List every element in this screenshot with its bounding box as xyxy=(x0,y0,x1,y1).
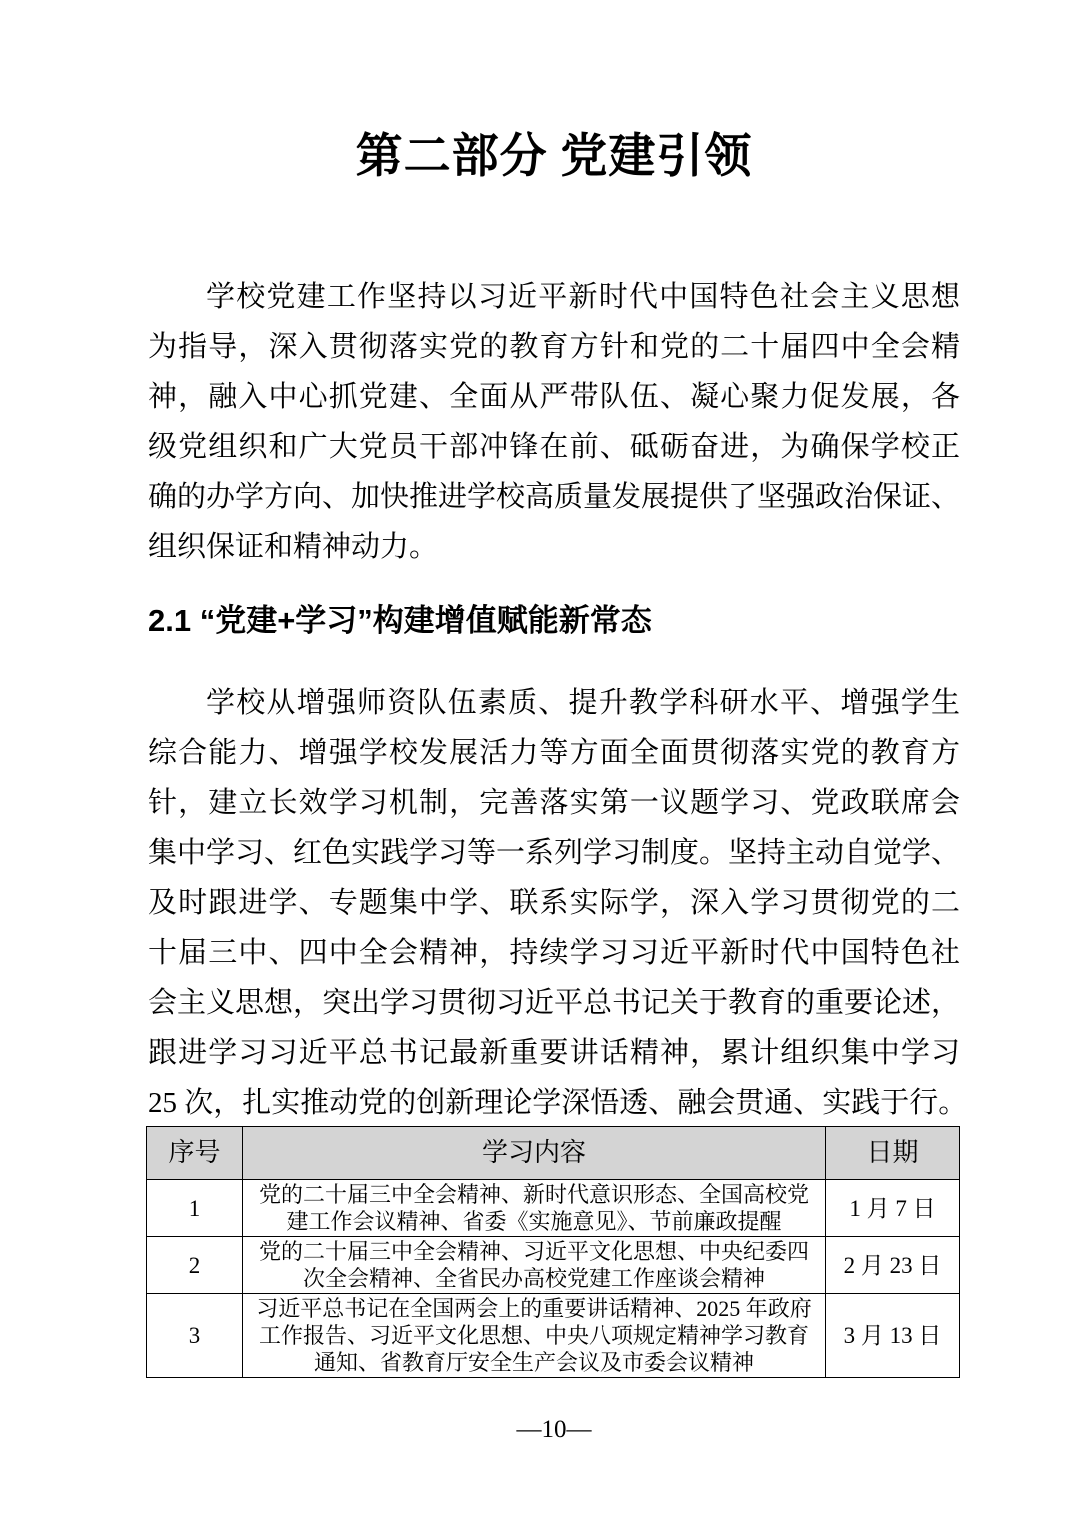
section-heading: 2.1 “党建+学习”构建增值赋能新常态 xyxy=(148,601,960,641)
text-line: 跟进学习习近平总书记最新重要讲话精神，累计组织集中学习 xyxy=(148,1028,960,1078)
intro-paragraph: 学校党建工作坚持以习近平新时代中国特色社会主义思想为指导，深入贯彻落实党的教育方… xyxy=(148,272,960,572)
table-row: 2党的二十届三中全会精神、习近平文化思想、中央纪委四次全会精神、全省民办高校党建… xyxy=(147,1237,960,1294)
row-date-cell: 1 月 7 日 xyxy=(826,1180,960,1237)
row-number-cell: 1 xyxy=(147,1180,243,1237)
text-line: 及时跟进学、专题集中学、联系实际学，深入学习贯彻党的二 xyxy=(148,878,960,928)
table-header-content: 学习内容 xyxy=(243,1127,826,1180)
row-date-cell: 3 月 13 日 xyxy=(826,1294,960,1378)
text-line: 25 次，扎实推动党的创新理论学深悟透、融会贯通、实践于行。 xyxy=(148,1078,960,1128)
page-title: 第二部分 党建引领 xyxy=(148,126,960,188)
text-line: 会主义思想，突出学习贯彻习近平总书记关于教育的重要论述， xyxy=(148,978,960,1028)
table-row: 1党的二十届三中全会精神、新时代意识形态、全国高校党建工作会议精神、省委《实施意… xyxy=(147,1180,960,1237)
text-line: 组织保证和精神动力。 xyxy=(148,522,960,572)
text-line: 为指导，深入贯彻落实党的教育方针和党的二十届四中全会精 xyxy=(148,322,960,372)
text-line: 级党组织和广大党员干部冲锋在前、砥砺奋进，为确保学校正 xyxy=(148,422,960,472)
table-header-row: 序号 学习内容 日期 xyxy=(147,1127,960,1180)
study-sessions-table: 序号 学习内容 日期 1党的二十届三中全会精神、新时代意识形态、全国高校党建工作… xyxy=(146,1126,960,1378)
table-header-no: 序号 xyxy=(147,1127,243,1180)
row-content-cell: 党的二十届三中全会精神、新时代意识形态、全国高校党建工作会议精神、省委《实施意见… xyxy=(243,1180,826,1237)
row-number-cell: 3 xyxy=(147,1294,243,1378)
row-date-cell: 2 月 23 日 xyxy=(826,1237,960,1294)
text-line: 针，建立长效学习机制，完善落实第一议题学习、党政联席会 xyxy=(148,778,960,828)
text-line: 神，融入中心抓党建、全面从严带队伍、凝心聚力促发展，各 xyxy=(148,372,960,422)
table-header-date: 日期 xyxy=(826,1127,960,1180)
page-number: —10— xyxy=(148,1413,960,1447)
text-line: 学校党建工作坚持以习近平新时代中国特色社会主义思想 xyxy=(148,272,960,322)
document-page: 第二部分 党建引领 学校党建工作坚持以习近平新时代中国特色社会主义思想为指导，深… xyxy=(0,0,1080,1527)
row-content-cell: 党的二十届三中全会精神、习近平文化思想、中央纪委四次全会精神、全省民办高校党建工… xyxy=(243,1237,826,1294)
text-line: 综合能力、增强学校发展活力等方面全面贯彻落实党的教育方 xyxy=(148,728,960,778)
table-body: 1党的二十届三中全会精神、新时代意识形态、全国高校党建工作会议精神、省委《实施意… xyxy=(147,1180,960,1378)
text-line: 学校从增强师资队伍素质、提升教学科研水平、增强学生 xyxy=(148,678,960,728)
text-line: 确的办学方向、加快推进学校高质量发展提供了坚强政治保证、 xyxy=(148,472,960,522)
table-row: 3习近平总书记在全国两会上的重要讲话精神、2025 年政府工作报告、习近平文化思… xyxy=(147,1294,960,1378)
text-line: 集中学习、红色实践学习等一系列学习制度。坚持主动自觉学、 xyxy=(148,828,960,878)
section-body-paragraph: 学校从增强师资队伍素质、提升教学科研水平、增强学生综合能力、增强学校发展活力等方… xyxy=(148,678,960,1128)
text-line: 十届三中、四中全会精神，持续学习习近平新时代中国特色社 xyxy=(148,928,960,978)
row-content-cell: 习近平总书记在全国两会上的重要讲话精神、2025 年政府工作报告、习近平文化思想… xyxy=(243,1294,826,1378)
row-number-cell: 2 xyxy=(147,1237,243,1294)
